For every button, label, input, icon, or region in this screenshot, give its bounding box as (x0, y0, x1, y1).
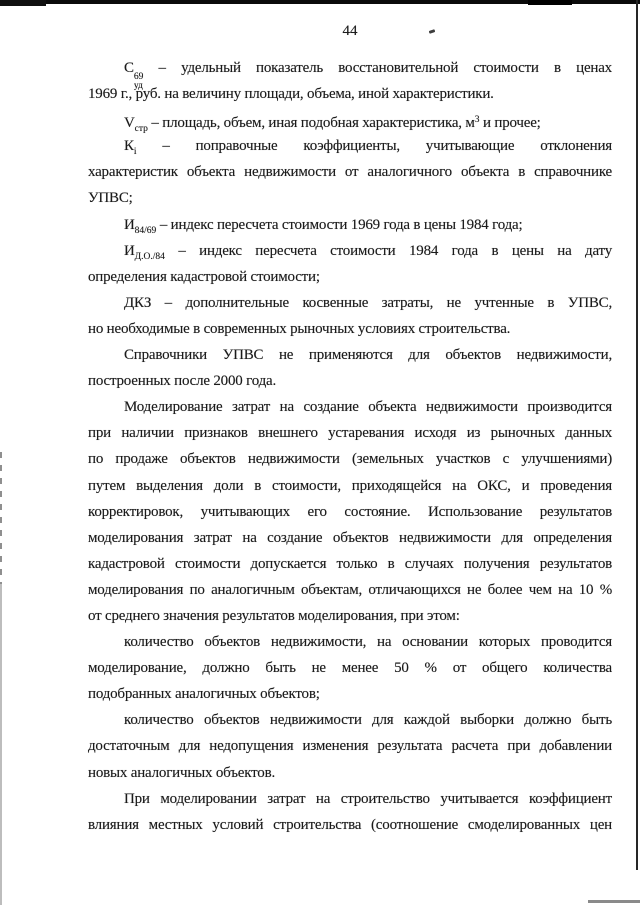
text-line: при наличии признаков внешнего устареван… (88, 420, 612, 446)
scan-artifact-left-dashes (0, 452, 2, 584)
text-line: количество объектов недвижимости для каж… (88, 707, 612, 733)
term-definition: – удельный показатель восстановительной … (143, 60, 612, 76)
text-line: моделирование, должно быть не менее 50 %… (88, 655, 612, 681)
text-line: определения кадастровой стоимости; (88, 264, 612, 290)
term-definition: – индекс пересчета стоимости 1969 года в… (156, 217, 522, 233)
text-line: новых аналогичных объектов. (88, 760, 612, 786)
text-line: построенных после 2000 года. (88, 368, 612, 394)
term-subscript: 84/69 (135, 226, 157, 236)
text-line: количество объектов недвижимости, на осн… (88, 629, 612, 655)
term-symbol: V (124, 115, 135, 131)
scan-artifact-bottom-right (588, 900, 640, 903)
term-line-ido84: ИД.О./84 – индекс пересчета стоимости 19… (88, 238, 612, 264)
text-line: подобранных аналогичных объектов; (88, 681, 612, 707)
term-symbol: И (124, 243, 135, 259)
text-line: моделирования затрат на создание объекто… (88, 525, 612, 551)
text-line: При моделировании затрат на строительств… (88, 786, 612, 812)
term-definition: – площадь, объем, иная подобная характер… (148, 115, 475, 131)
text-line: ДКЗ – дополнительные косвенные затраты, … (88, 290, 612, 316)
page-number: 44 (88, 23, 612, 40)
text-line: корректировок, учитывающих его состояние… (88, 499, 612, 525)
term-symbol: С (124, 60, 134, 76)
text-line: по продаже объектов недвижимости (земель… (88, 446, 612, 472)
text-line: достаточным для недопущения изменения ре… (88, 733, 612, 759)
text-line: характеристик объекта недвижимости от ан… (88, 159, 612, 185)
scan-artifact-right-edge (636, 0, 638, 870)
term-line-ki: Кi – поправочные коэффициенты, учитывающ… (88, 133, 612, 159)
term-symbol: И (124, 217, 135, 233)
text-line: но необходимые в современных рыночных ус… (88, 316, 612, 342)
text-line: Справочники УПВС не применяются для объе… (88, 342, 612, 368)
text-line: путем выделения доли в стоимости, приход… (88, 473, 612, 499)
scan-artifact-top-edge (0, 0, 640, 4)
text-line: Моделирование затрат на создание объекта… (88, 394, 612, 420)
text-line: УПВС; (88, 185, 612, 211)
scan-artifact-left-edge (0, 584, 2, 905)
scan-artifact-top-left (0, 0, 46, 6)
term-definition: – индекс пересчета стоимости 1984 года в… (165, 243, 612, 259)
scan-artifact-top-blob (528, 0, 572, 5)
text-line: 1969 г., руб. на величину площади, объем… (88, 81, 612, 107)
document-text-column: С69уд – удельный показатель восстановите… (88, 55, 612, 838)
term-line-c69: С69уд – удельный показатель восстановите… (88, 55, 612, 81)
term-symbol: К (124, 138, 134, 154)
term-definition: – поправочные коэффициенты, учитывающие … (136, 138, 612, 154)
term-line-vstr: Vстр – площадь, объем, иная подобная хар… (88, 107, 612, 133)
term-subscript: Д.О./84 (135, 252, 165, 262)
text-line: моделирования по аналогичным объектам, о… (88, 577, 612, 603)
text-line: кадастровой стоимости допускается только… (88, 551, 612, 577)
document-page: { "page": { "number": "44" }, "colors": … (0, 0, 640, 905)
term-definition-tail: и прочее; (479, 115, 540, 131)
text-line: от среднего значения результатов моделир… (88, 603, 612, 629)
term-line-i8469: И84/69 – индекс пересчета стоимости 1969… (88, 212, 612, 238)
text-line: влияния местных условий строительства (с… (88, 812, 612, 838)
